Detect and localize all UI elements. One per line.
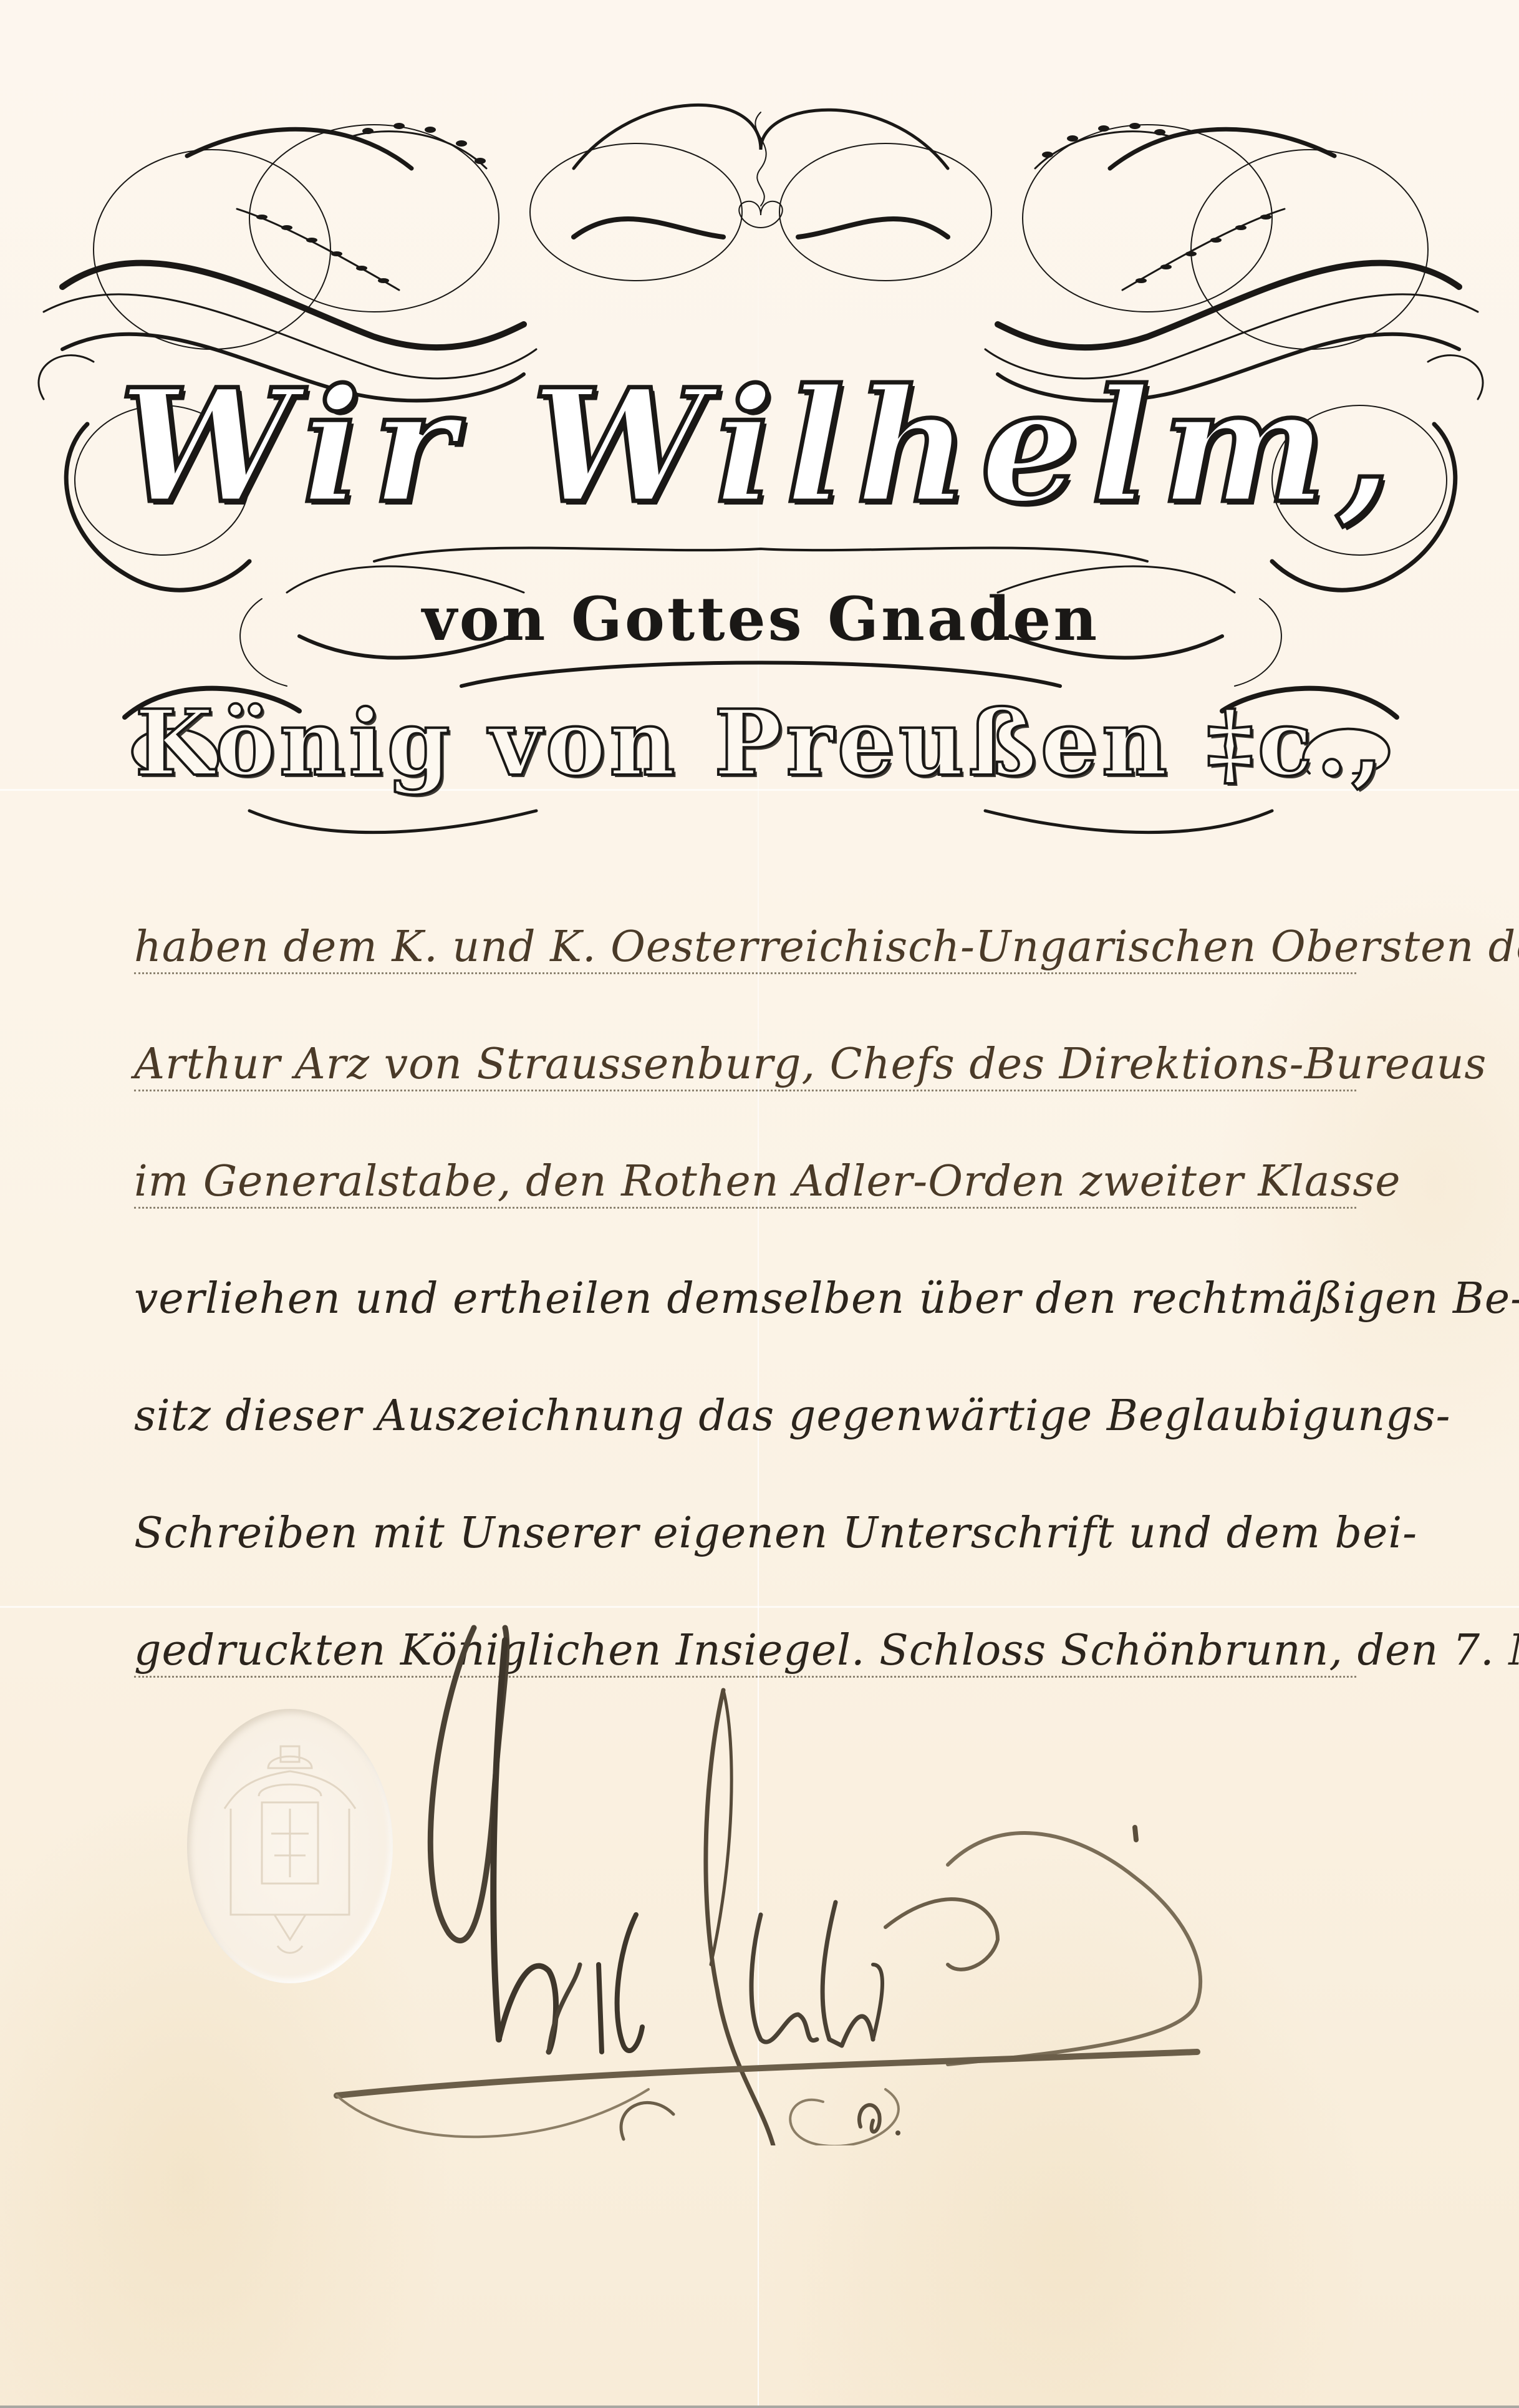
body-line-text: sitz dieser Auszeichnung das gegenwärtig… (134, 1391, 1450, 1441)
document-title: Wir Wilhelm, (25, 368, 1497, 524)
body-line: sitz dieser Auszeichnung das gegenwärtig… (134, 1367, 1356, 1484)
body-line: Schreiben mit Unserer eigenen Unterschri… (134, 1484, 1356, 1602)
signature-stroke-icon (324, 1615, 1434, 2145)
body-line: verliehen und ertheilen demselben über d… (134, 1250, 1356, 1367)
body-line: haben dem K. und K. Oesterreichisch-Unga… (134, 898, 1356, 1015)
document-subtitle: von Gottes Gnaden (25, 589, 1497, 649)
royal-signature: Wilhelm I.R. (324, 1615, 1434, 2145)
calligraphic-header: Wir Wilhelm, von Gottes Gnaden König von… (25, 75, 1497, 854)
body-line-text: im Generalstabe, den Rothen Adler-Orden … (134, 1157, 1401, 1206)
body-line-text: Schreiben mit Unserer eigenen Unterschri… (134, 1509, 1417, 1558)
body-line: im Generalstabe, den Rothen Adler-Orden … (134, 1133, 1356, 1250)
royal-title: König von Preußen ‡c., (25, 699, 1497, 789)
scan-edge (0, 2406, 1519, 2408)
body-line: Arthur Arz von Straussenburg, Chefs des … (134, 1015, 1356, 1133)
body-line-text: verliehen und ertheilen demselben über d… (134, 1274, 1519, 1323)
body-line-text: haben dem K. und K. Oesterreichisch-Unga… (134, 922, 1519, 972)
certificate-body: haben dem K. und K. Oesterreichisch-Unga… (134, 898, 1356, 1719)
recipient-line-text: Arthur Arz von Straussenburg, Chefs des … (134, 1040, 1487, 1089)
